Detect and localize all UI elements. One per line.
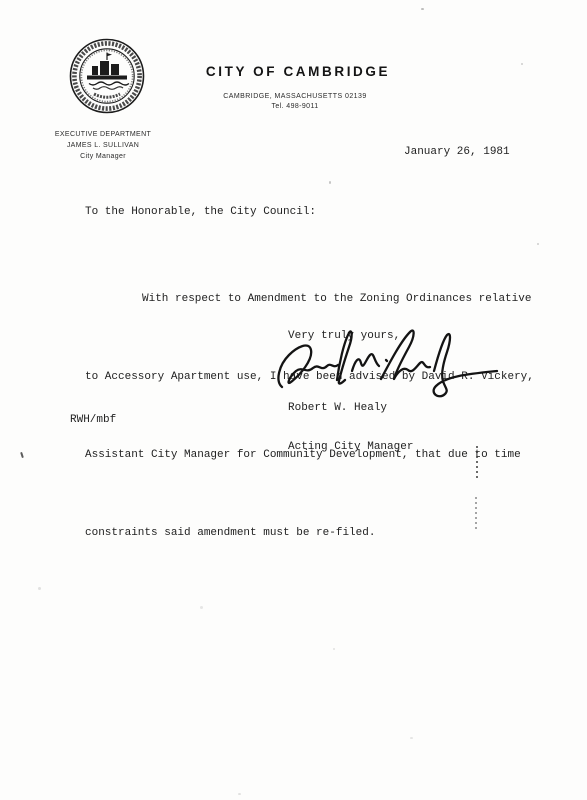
signature-block: Robert W. Healy Acting City Manager: [288, 376, 413, 480]
letter-date: January 26, 1981: [404, 146, 510, 158]
scanned-letter-page: CITY OF CAMBRIDGE CAMBRIDGE, MASSACHUSET…: [0, 0, 587, 800]
city-manager-title: City Manager: [55, 151, 151, 162]
scan-artifact-dashed-line: [476, 446, 478, 478]
scan-artifact-dashed-line: [475, 497, 477, 529]
scan-artifact-speck: [200, 606, 203, 609]
scan-artifact-speck: [333, 648, 335, 650]
scan-artifact-speck: [521, 63, 523, 65]
letterhead-title: CITY OF CAMBRIDGE: [206, 64, 390, 79]
city-of-cambridge-seal-icon: [67, 37, 147, 117]
scan-artifact-speck: [537, 243, 539, 245]
letterhead-phone: Tel. 498-9011: [271, 103, 318, 110]
scan-artifact-speck: [20, 452, 24, 458]
scan-artifact-speck: [421, 8, 424, 10]
body-line: constraints said amendment must be re-fi…: [85, 520, 534, 546]
reference-initials: RWH/mbf: [70, 414, 116, 426]
scan-artifact-speck: [410, 737, 413, 739]
scan-artifact-speck: [329, 181, 331, 184]
salutation: To the Honorable, the City Council:: [85, 206, 316, 218]
scan-artifact-speck: [238, 793, 241, 795]
body-line: With respect to Amendment to the Zoning …: [85, 286, 534, 312]
letterhead-address: CAMBRIDGE, MASSACHUSETTS 02139: [223, 93, 366, 100]
city-manager-name: JAMES L. SULLIVAN: [55, 140, 151, 151]
scan-artifact-speck: [38, 587, 41, 590]
department-block: EXECUTIVE DEPARTMENT JAMES L. SULLIVAN C…: [55, 129, 151, 162]
signer-title: Acting City Manager: [288, 441, 413, 454]
department-name: EXECUTIVE DEPARTMENT: [55, 129, 151, 140]
signer-name: Robert W. Healy: [288, 402, 413, 415]
